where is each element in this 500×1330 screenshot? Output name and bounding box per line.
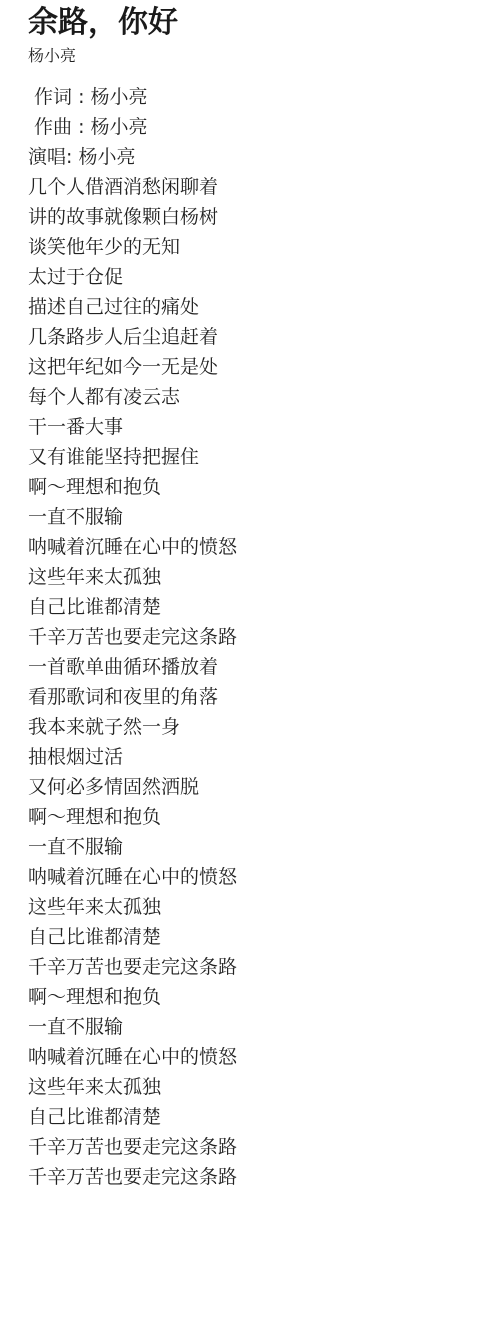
lyric-line: 呐喊着沉睡在心中的愤怒 xyxy=(28,862,490,892)
lyric-line: 啊～理想和抱负 xyxy=(28,982,490,1012)
lyric-line: 自己比谁都清楚 xyxy=(28,1102,490,1132)
lyric-line: 每个人都有凌云志 xyxy=(28,382,490,412)
lyric-line: 谈笑他年少的无知 xyxy=(28,232,490,262)
lyric-line: 千辛万苦也要走完这条路 xyxy=(28,952,490,982)
lyric-line: 自己比谁都清楚 xyxy=(28,592,490,622)
lyric-line: 千辛万苦也要走完这条路 xyxy=(28,1162,490,1192)
lyric-line: 看那歌词和夜里的角落 xyxy=(28,682,490,712)
lyric-line: 又有谁能坚持把握住 xyxy=(28,442,490,472)
lyric-line: 几个人借酒消愁闲聊着 xyxy=(28,172,490,202)
artist-name: 杨小亮 xyxy=(28,46,490,65)
lyric-line: 这些年来太孤独 xyxy=(28,562,490,592)
lyric-line: 千辛万苦也要走完这条路 xyxy=(28,1132,490,1162)
credit-line: 作词 : 杨小亮 xyxy=(28,82,490,112)
credit-line: 演唱: 杨小亮 xyxy=(28,142,490,172)
lyric-line: 描述自己过往的痛处 xyxy=(28,292,490,322)
lyric-line: 啊～理想和抱负 xyxy=(28,802,490,832)
lyric-line: 抽根烟过活 xyxy=(28,742,490,772)
page-title: 余路，你好 xyxy=(28,6,490,39)
lyric-line: 啊～理想和抱负 xyxy=(28,472,490,502)
lyric-line: 这些年来太孤独 xyxy=(28,892,490,922)
credits-block: 作词 : 杨小亮 作曲 : 杨小亮演唱: 杨小亮 xyxy=(28,82,490,172)
lyric-line: 几条路步人后尘追赶着 xyxy=(28,322,490,352)
lyric-line: 自己比谁都清楚 xyxy=(28,922,490,952)
lyric-line: 一首歌单曲循环播放着 xyxy=(28,652,490,682)
lyric-line: 太过于仓促 xyxy=(28,262,490,292)
lyric-line: 讲的故事就像颗白杨树 xyxy=(28,202,490,232)
lyric-line: 呐喊着沉睡在心中的愤怒 xyxy=(28,1042,490,1072)
lyric-line: 又何必多情固然洒脱 xyxy=(28,772,490,802)
lyrics-block: 几个人借酒消愁闲聊着讲的故事就像颗白杨树谈笑他年少的无知太过于仓促描述自己过往的… xyxy=(28,172,490,1192)
lyric-line: 干一番大事 xyxy=(28,412,490,442)
lyric-line: 千辛万苦也要走完这条路 xyxy=(28,622,490,652)
lyric-line: 我本来就子然一身 xyxy=(28,712,490,742)
credit-line: 作曲 : 杨小亮 xyxy=(28,112,490,142)
lyric-line: 这些年来太孤独 xyxy=(28,1072,490,1102)
lyric-line: 一直不服输 xyxy=(28,1012,490,1042)
lyric-line: 呐喊着沉睡在心中的愤怒 xyxy=(28,532,490,562)
lyric-line: 一直不服输 xyxy=(28,502,490,532)
lyric-line: 这把年纪如今一无是处 xyxy=(28,352,490,382)
lyric-line: 一直不服输 xyxy=(28,832,490,862)
